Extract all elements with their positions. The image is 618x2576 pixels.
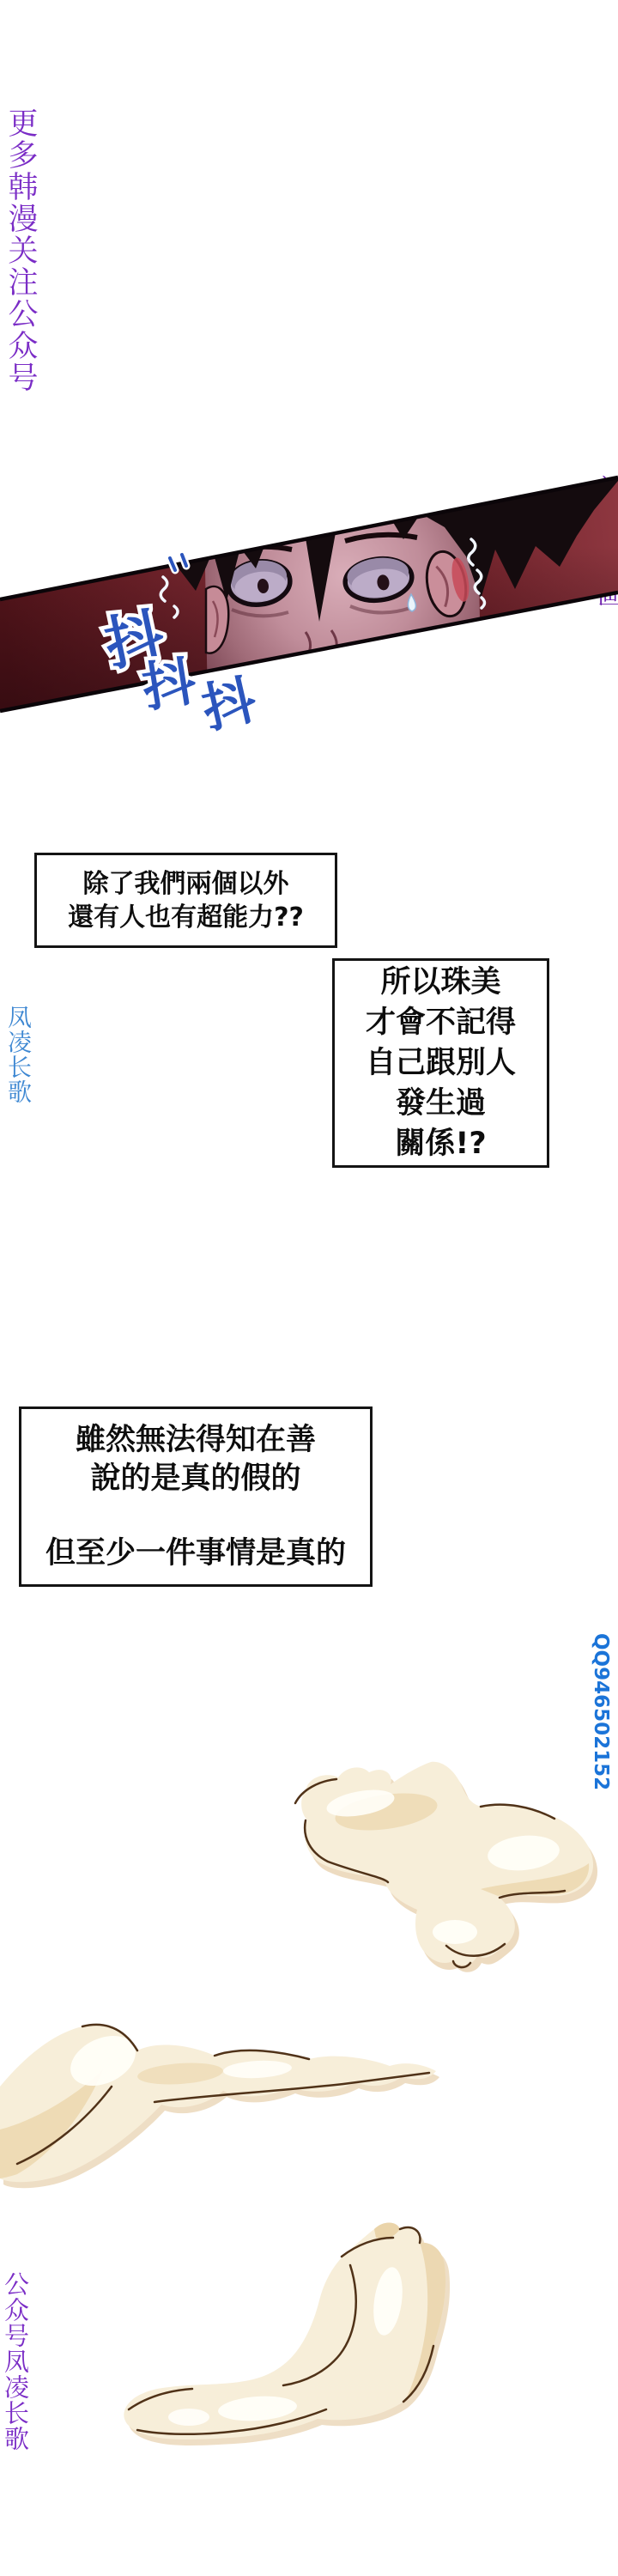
speech-line: 所以珠美: [380, 963, 500, 1003]
speech-box-3: 雖然無法得知在善 說的是真的假的 但至少一件事情是真的: [19, 1406, 373, 1587]
cream-blob-1: [295, 1762, 597, 1972]
panel-content: [0, 455, 618, 711]
speech-line: 發生過: [396, 1084, 486, 1124]
speech-line: 還有人也有超能力??: [68, 901, 304, 934]
speech-box-2: 所以珠美 才會不記得 自己跟別人 發生過 關係!?: [332, 958, 549, 1168]
speech-line: 自己跟別人: [366, 1043, 516, 1084]
watermark-mid-left: 凤凌长歌: [6, 1005, 30, 1104]
cream-blobs: [0, 1752, 618, 2456]
watermark-bottom-left: 公众号凤凌长歌: [3, 2271, 27, 2451]
speech-line: 除了我們兩個以外: [83, 867, 289, 901]
speech-line: 說的是真的假的: [90, 1460, 300, 1498]
shake-sfx-3: 抖: [197, 667, 263, 740]
comic-page: 更多韩漫关注公众号 新世界漫画: [0, 0, 618, 2576]
speech-line: 關係!?: [395, 1124, 486, 1164]
speech-line: 才會不記得: [366, 1003, 516, 1043]
cream-blob-2: [0, 2025, 439, 2188]
speech-box-1: 除了我們兩個以外 還有人也有超能力??: [34, 853, 337, 948]
speech-line: 但至少一件事情是真的: [45, 1534, 346, 1573]
panel-band: 抖 抖 抖 抖 抖 抖: [0, 455, 618, 751]
cream-blob-3: [124, 2223, 450, 2446]
shake-sfx-2: 抖: [138, 649, 201, 720]
speech-line: 雖然無法得知在善: [76, 1421, 316, 1460]
watermark-top-left: 更多韩漫关注公众号: [5, 107, 35, 393]
